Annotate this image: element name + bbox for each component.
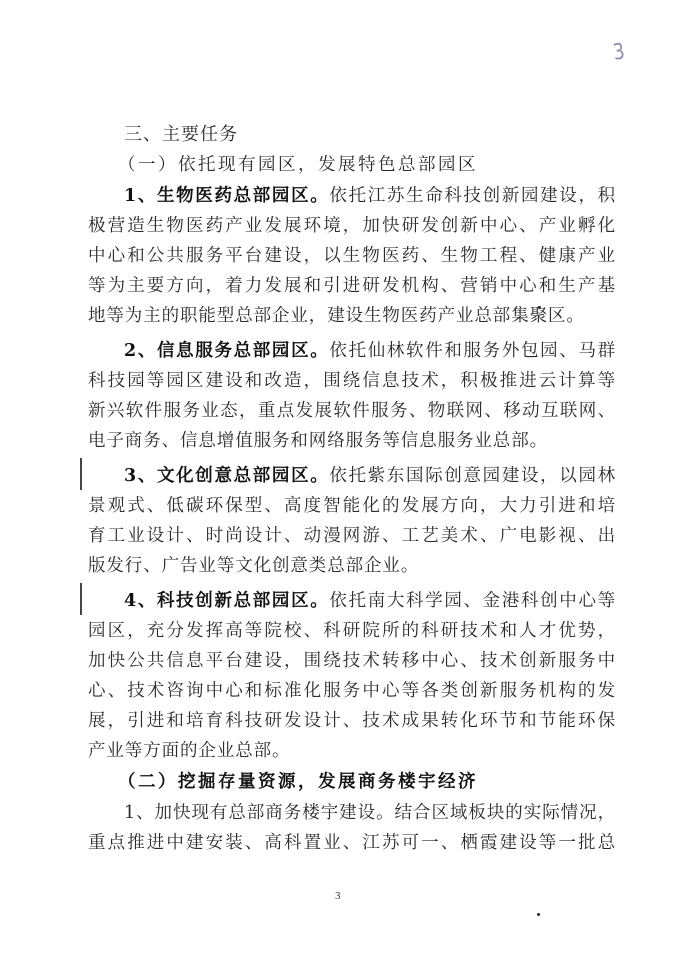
- item-heading: 4、科技创新总部园区。: [124, 591, 329, 611]
- paragraph-line: 3、文化创意总部园区。依托紫东国际创意园建设，以园林: [124, 461, 616, 491]
- subsection-title-1: （一）依托现有园区，发展特色总部园区: [118, 150, 610, 180]
- paragraph-line: 电子商务、信息增值服务和网络服务等信息服务业总部。: [88, 426, 616, 456]
- scan-speck: [537, 913, 540, 916]
- paragraph-line: 1、生物医药总部园区。依托江苏生命科技创新园建设，积: [124, 181, 616, 211]
- paragraph-line: 新兴软件服务业态，重点发展软件服务、物联网、移动互联网、: [88, 396, 616, 426]
- item-heading: 3、文化创意总部园区。: [124, 466, 329, 486]
- section-title: 三、主要任务: [124, 120, 616, 150]
- margin-bar: [80, 458, 82, 490]
- paragraph-line: 育工业设计、时尚设计、动漫网游、工艺美术、广电影视、出: [88, 521, 616, 551]
- paragraph-line: 景观式、低碳环保型、高度智能化的发展方向，大力引进和培: [88, 491, 616, 521]
- paragraph-line: 地等为主的职能型总部企业，建设生物医药产业总部集聚区。: [88, 301, 616, 331]
- margin-bar: [80, 583, 82, 615]
- paragraph-line: 极营造生物医药产业发展环境，加快研发创新中心、产业孵化: [88, 211, 616, 241]
- paragraph-line: 加快公共信息平台建设，围绕技术转移中心、技术创新服务中: [88, 646, 616, 676]
- paragraph-line: 产业等方面的企业总部。: [88, 736, 616, 766]
- paragraph-line: 展，引进和培育科技研发设计、技术成果转化环节和节能环保: [88, 706, 616, 736]
- paragraph-line: 科技园等园区建设和改造，围绕信息技术，积极推进云计算等: [88, 366, 616, 396]
- paragraph-line: 重点推进中建安装、高科置业、江苏可一、栖霞建设等一批总: [88, 828, 616, 858]
- paragraph-line: 4、科技创新总部园区。依托南大科学园、金港科创中心等: [124, 586, 616, 616]
- scan-speck: [538, 306, 541, 309]
- paragraph-line: 等为主要方向，着力发展和引进研发机构、营销中心和生产基: [88, 271, 616, 301]
- subsection-title-2: （二）挖掘存量资源，发展商务楼宇经济: [118, 767, 610, 797]
- item-heading: 2、信息服务总部园区。: [124, 341, 329, 361]
- item-heading: 1、加快现有总部商务楼宇建设。: [124, 803, 395, 823]
- paragraph-line: 1、加快现有总部商务楼宇建设。结合区域板块的实际情况，: [124, 798, 616, 828]
- paragraph-line: 心、技术咨询中心和标准化服务中心等各类创新服务机构的发: [88, 676, 616, 706]
- page-number: 3: [335, 890, 341, 902]
- paragraph-line: 园区，充分发挥高等院校、科研院所的科研技术和人才优势，: [88, 616, 616, 646]
- item-heading: 1、生物医药总部园区。: [124, 186, 329, 206]
- handwritten-page-mark: 3: [612, 39, 627, 65]
- paragraph-line: 2、信息服务总部园区。依托仙林软件和服务外包园、马群: [124, 336, 616, 366]
- paragraph-line: 版发行、广告业等文化创意类总部企业。: [88, 551, 616, 581]
- paragraph-line: 中心和公共服务平台建设，以生物医药、生物工程、健康产业: [88, 241, 616, 271]
